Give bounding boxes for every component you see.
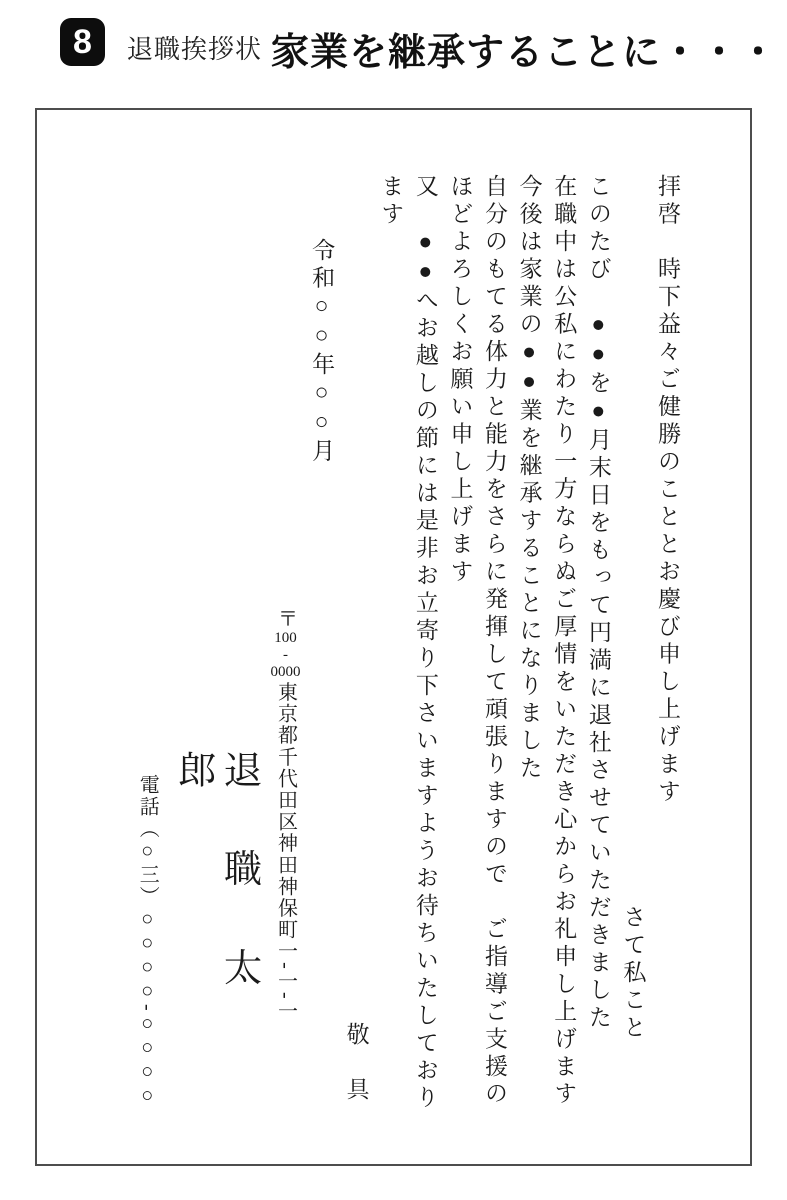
letter-line: ほどよろしくお願い申し上げます <box>446 174 474 1128</box>
letter-closing: 敬 具 <box>342 174 370 1128</box>
sender-address: 〒100-0000東京都千代田区神田神保町一‐一‐一 <box>270 174 300 1128</box>
page-title: 家業を継承することに・・・ <box>271 21 778 76</box>
letter-line: 又 ●●へお越しの節には是非お立寄り下さいますようお待ちいたしており <box>411 174 439 1128</box>
letter-line: 自分のもてる体力と能力をさらに発揮して頑張りますので ご指導ご支援の <box>480 174 508 1128</box>
letter-opening: 拝啓 時下益々ご健勝のこととお慶び申し上げます <box>653 174 681 1128</box>
letter-line: 今後は家業の●●業を継承することになりました <box>515 174 543 1128</box>
letter-line: 在職中は公私にわたり一方ならぬご厚情をいただき心からお礼申し上げます <box>550 174 578 1128</box>
postal-mark-icon: 〒 <box>274 608 296 630</box>
postal-code-part1: 100 <box>274 630 297 647</box>
postal-code-part2: 0000 <box>270 664 300 681</box>
page-header: 8 退職挨拶状 家業を継承することに・・・ <box>0 0 787 95</box>
letter-transition: さて私こと <box>619 174 647 1128</box>
sender-name: 退職太郎 <box>169 174 260 1128</box>
letter-line: このたび ●●を●月末日をもって円満に退社させていただきました <box>584 174 612 1128</box>
postal-code-separator: - <box>283 647 288 664</box>
sender-phone: 電話（○三）○○○○‐○○○○ <box>135 174 159 1128</box>
letter-card: 拝啓 時下益々ご健勝のこととお慶び申し上げます さて私こと このたび ●●を●月… <box>35 108 752 1166</box>
category-label: 退職挨拶状 <box>127 29 262 66</box>
street-address: 東京都千代田区神田神保町一‐一‐一 <box>274 681 296 1022</box>
letter-body: 拝啓 時下益々ご健勝のこととお慶び申し上げます さて私こと このたび ●●を●月… <box>65 174 688 1128</box>
section-number-badge: 8 <box>60 18 105 66</box>
letter-line: ます <box>377 174 405 1128</box>
section-number: 8 <box>73 23 92 62</box>
letter-date: 令和○○年○○月 <box>307 174 335 1128</box>
page: { "colors": { "badge_background": "#0d0d… <box>0 0 787 1200</box>
